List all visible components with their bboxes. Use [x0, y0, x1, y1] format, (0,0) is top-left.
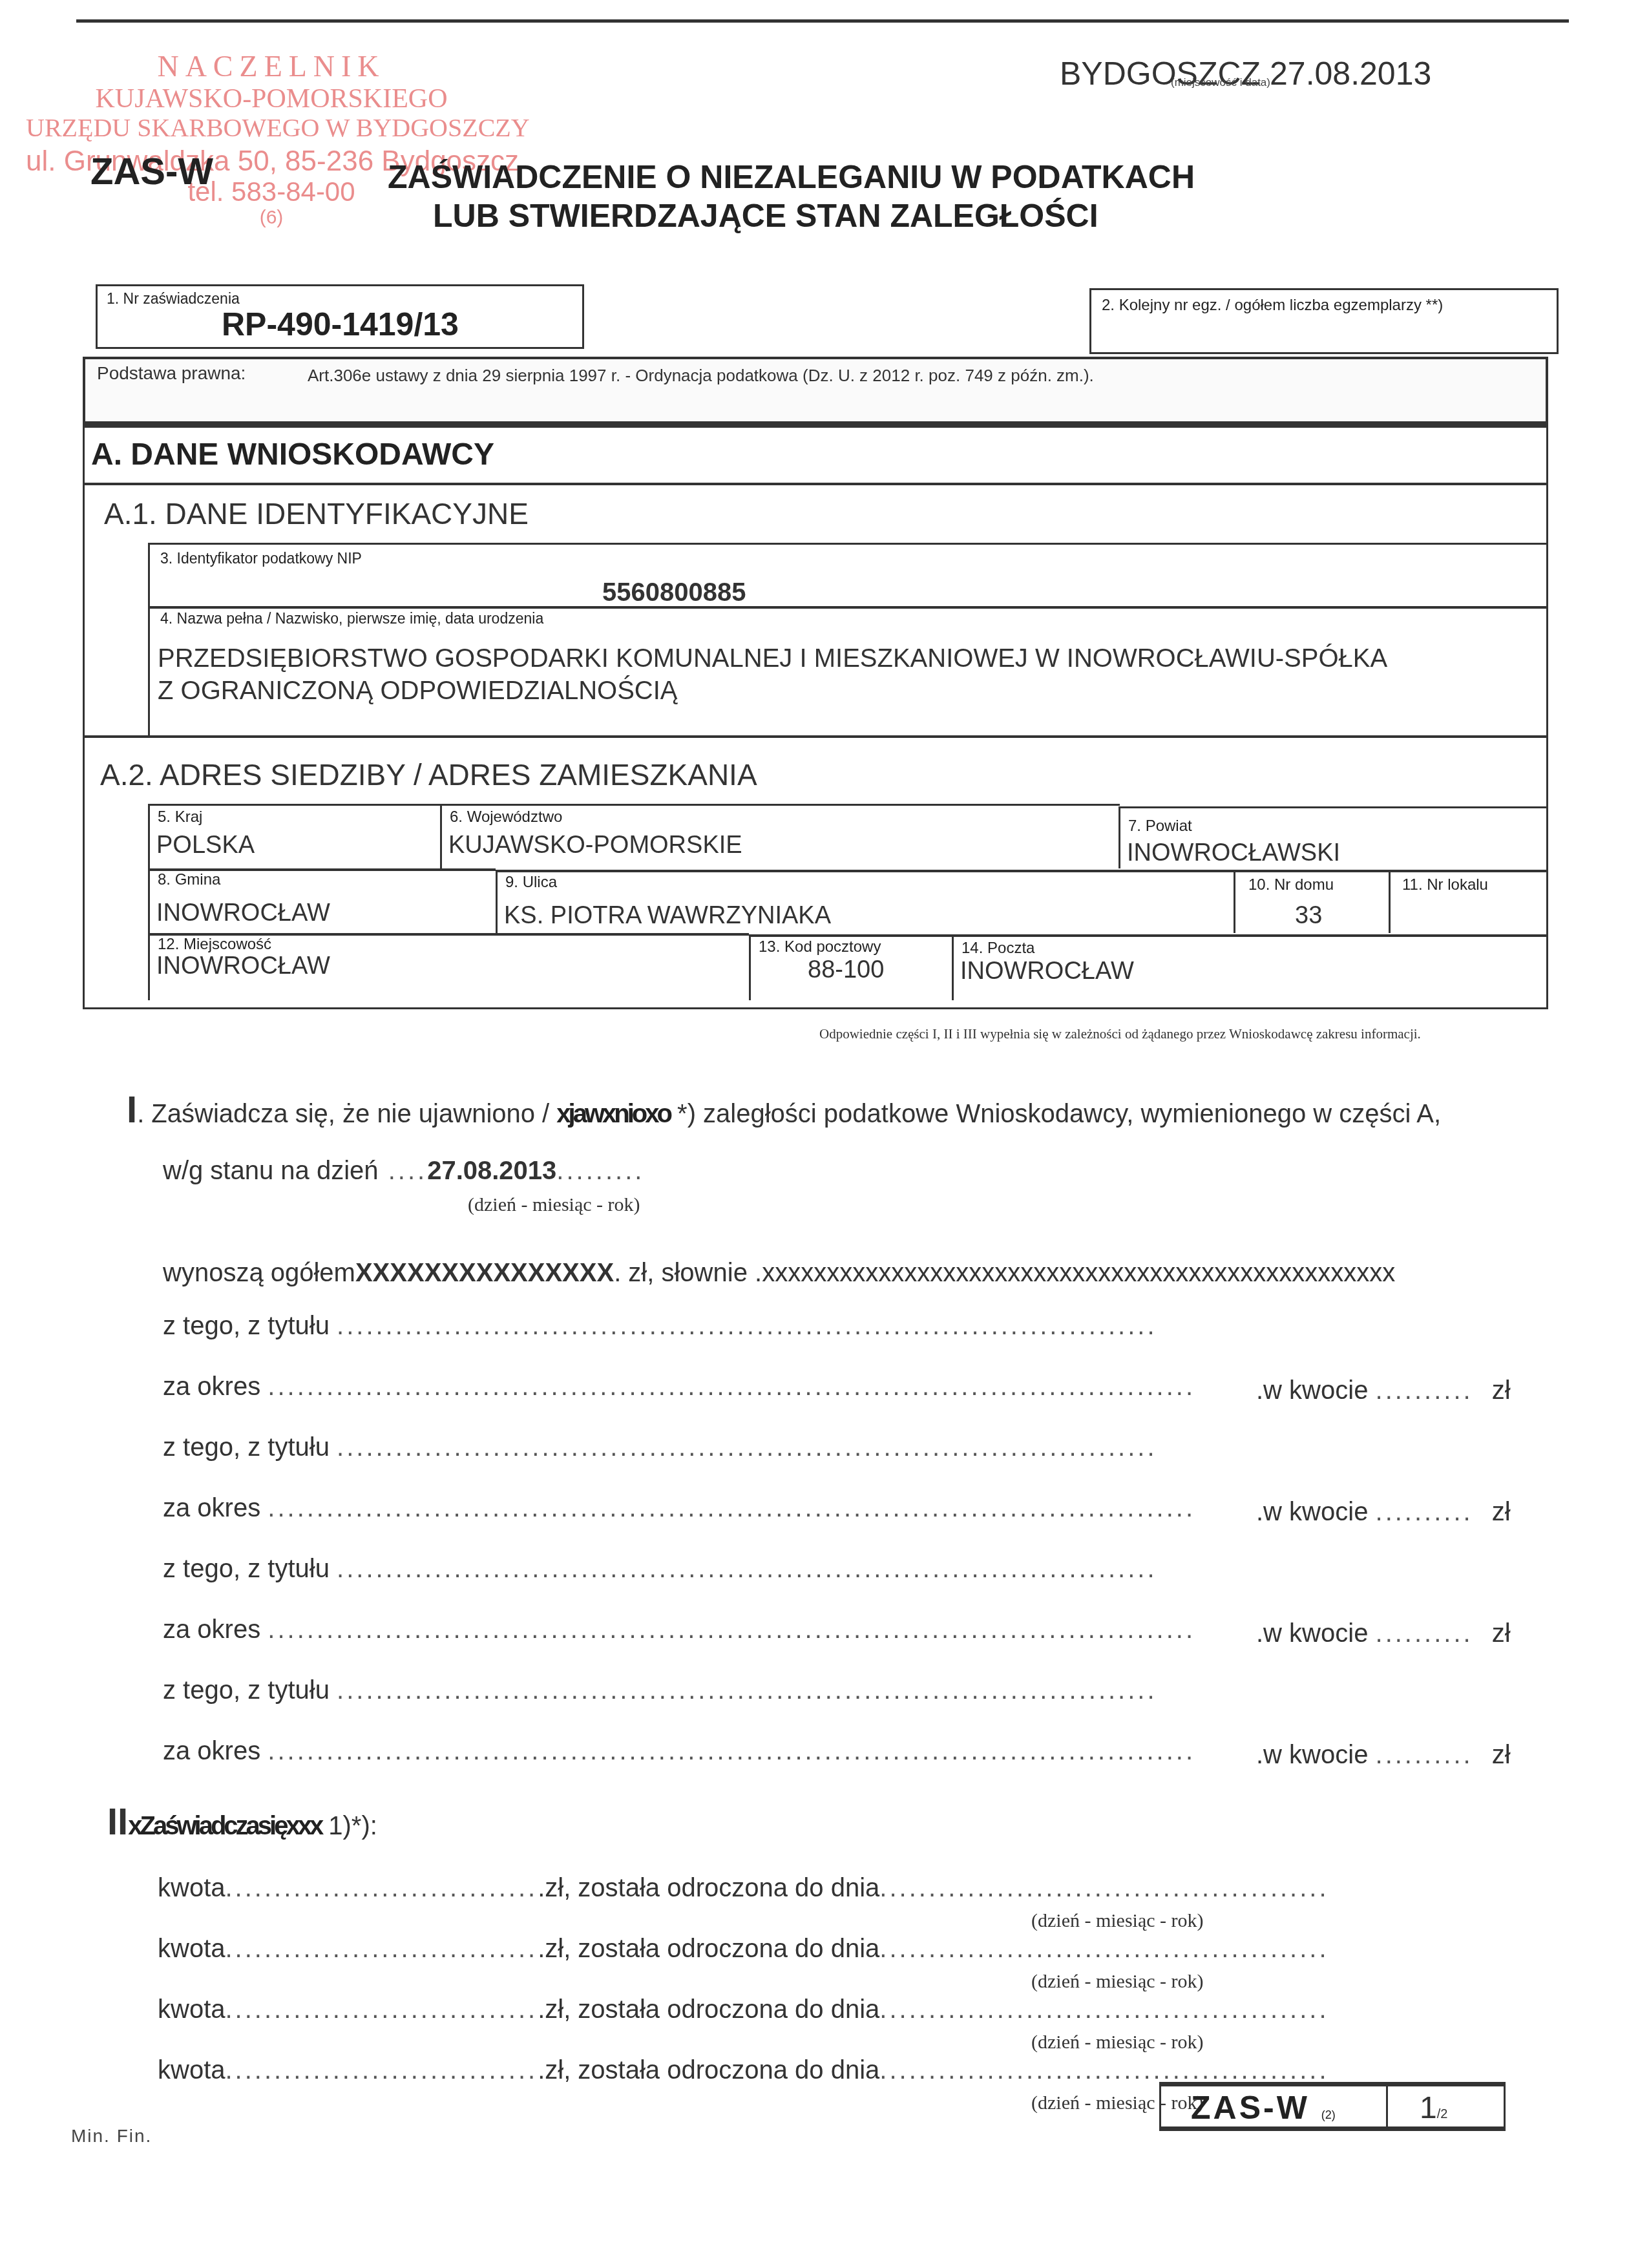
amount-input[interactable]: .......... [1376, 1619, 1473, 1648]
amount-label: .w kwocie [1256, 1376, 1368, 1405]
period-input[interactable]: ........................................… [268, 1372, 1195, 1401]
amount-line[interactable]: .w kwocie .......... zł [1256, 1619, 1511, 1648]
ministry-mark: Min. Fin. [71, 2126, 152, 2147]
divider [85, 735, 1546, 738]
form-id-box: ZAS-W (2) 1/2 [1159, 2082, 1506, 2131]
page-number: 1/2 [1420, 2090, 1447, 2126]
title-line[interactable]: z tego, z tytułu .......................… [163, 1433, 1157, 1462]
title-label: z tego, z tytułu [163, 1676, 330, 1705]
section-numeral: II [107, 1801, 128, 1843]
title-input[interactable]: ........................................… [337, 1312, 1157, 1340]
currency: zł [1492, 1376, 1511, 1405]
subsection-heading: A.2. ADRES SIEDZIBY / ADRES ZAMIESZKANIA [100, 757, 757, 792]
currency: zł [1492, 1741, 1511, 1769]
section-ii-statement: IIxZaświadczasięxxx 1)*): [107, 1800, 377, 1843]
full-name-line: PRZEDSIĘBIORSTWO GOSPODARKI KOMUNALNEJ I… [158, 644, 1387, 673]
amount-label: kwota [158, 1995, 226, 2024]
date-format-caption: (dzień - miesiąc - rok) [1031, 1910, 1204, 1932]
title-label: z tego, z tytułu [163, 1433, 330, 1462]
field-label: 11. Nr lokalu [1402, 876, 1488, 894]
amount-label: kwota [158, 1935, 226, 1963]
section-heading: A. DANE WNIOSKODAWCY [91, 437, 494, 472]
top-rule [76, 19, 1569, 23]
period-label: za okres [163, 1494, 260, 1522]
locality-field[interactable]: 12. Miejscowość INOWROCŁAW [148, 933, 749, 1000]
amount-input[interactable]: .......... [1376, 1741, 1473, 1769]
field-label: 7. Powiat [1128, 817, 1192, 835]
period-line[interactable]: za okres ...............................… [163, 1372, 1195, 1402]
footer-form-code: ZAS-W (2) [1191, 2089, 1336, 2126]
statement-text: *) zaległości podatkowe Wnioskodawcy, wy… [670, 1100, 1441, 1128]
field-value: INOWROCŁAW [960, 958, 1134, 985]
voivodeship-field[interactable]: 6. Województwo KUJAWSKO-POMORSKIE [440, 804, 1120, 868]
period-input[interactable]: ........................................… [268, 1494, 1195, 1522]
title-line[interactable]: z tego, z tytułu .......................… [163, 1555, 1157, 1584]
period-label: za okres [163, 1372, 260, 1401]
country-field[interactable]: 5. Kraj POLSKA [148, 804, 440, 868]
field-label: 10. Nr domu [1248, 876, 1334, 894]
period-line[interactable]: za okres ...............................… [163, 1737, 1195, 1766]
copy-number-field[interactable]: 2. Kolejny nr egz. / ogółem liczba egzem… [1089, 288, 1559, 354]
struck-out-text: xZaświadczasięxxx [128, 1812, 321, 1840]
amount-label: .w kwocie [1256, 1498, 1368, 1526]
subsection-heading: A.1. DANE IDENTYFIKACYJNE [104, 496, 529, 531]
stamp-line: NACZELNIK [26, 52, 517, 81]
statement-text: . Zaświadcza się, że nie ujawniono / [137, 1100, 556, 1128]
nip-value: 5560800885 [602, 578, 746, 607]
legal-basis-text: Art.306e ustawy z dnia 29 sierpnia 1997 … [308, 366, 1094, 386]
amount-line[interactable]: .w kwocie .......... zł [1256, 1741, 1511, 1770]
field-value: INOWROCŁAWSKI [1127, 839, 1340, 867]
period-label: za okres [163, 1737, 260, 1765]
title-line[interactable]: z tego, z tytułu .......................… [163, 1312, 1157, 1341]
section-numeral: I [127, 1089, 137, 1131]
title-input[interactable]: ........................................… [337, 1555, 1157, 1583]
deferred-label: .zł, została odroczona do dnia [538, 1935, 879, 1963]
certificate-number-field[interactable]: 1. Nr zaświadczenia RP-490-1419/13 [96, 284, 584, 349]
deferred-label: .zł, została odroczona do dnia [538, 2056, 879, 2084]
amount-line[interactable]: .w kwocie .......... zł [1256, 1376, 1511, 1405]
deferral-date-input[interactable]: ........................................… [879, 1935, 1329, 1963]
field-label: 12. Miejscowość [158, 936, 271, 954]
field-value: 88-100 [808, 956, 884, 984]
divider [85, 483, 1546, 485]
amount-label: .w kwocie [1256, 1741, 1368, 1769]
amount-label: kwota [158, 1874, 226, 1902]
stamp-line: KUJAWSKO-POMORSKIEGO [26, 85, 517, 112]
period-input[interactable]: ........................................… [268, 1737, 1195, 1765]
stamp-line: URZĘDU SKARBOWEGO W BYDGOSZCZY [26, 115, 517, 141]
state-as-of-label: w/g stanu na dzień [163, 1157, 379, 1185]
state-as-of-line: w/g stanu na dzień ....27.08.2013.......… [163, 1157, 644, 1186]
certificate-number: RP-490-1419/13 [222, 306, 459, 343]
full-name-line: Z OGRANICZONĄ ODPOWIEDZIALNOŚCIĄ [158, 677, 678, 706]
deferral-line[interactable]: kwota.................................zł… [158, 1935, 1329, 1964]
county-field[interactable]: 7. Powiat INOWROCŁAWSKI [1119, 806, 1548, 868]
struck-out-text: xjawxnioxo [556, 1100, 670, 1128]
amount-input[interactable]: ................................ [226, 1935, 538, 1963]
full-name-field[interactable]: 4. Nazwa pełna / Nazwisko, pierwsze imię… [148, 606, 1548, 735]
field-value: INOWROCŁAW [156, 952, 330, 980]
period-line[interactable]: za okres ...............................… [163, 1615, 1195, 1644]
title-input[interactable]: ........................................… [337, 1433, 1157, 1462]
title-line[interactable]: z tego, z tytułu .......................… [163, 1676, 1157, 1705]
deferral-line[interactable]: kwota.................................zł… [158, 1995, 1329, 2024]
state-as-of-date[interactable]: 27.08.2013 [427, 1157, 556, 1185]
title-label: z tego, z tytułu [163, 1312, 330, 1340]
statement-text: 1)*): [321, 1812, 377, 1840]
date-format-caption: (dzień - miesiąc - rok) [1031, 1971, 1204, 1993]
field-label: 13. Kod pocztowy [759, 938, 881, 956]
amount-input[interactable]: ................................ [226, 1874, 538, 1902]
amount-line[interactable]: .w kwocie .......... zł [1256, 1498, 1511, 1527]
field-value: 33 [1295, 902, 1322, 930]
currency: zł [1492, 1619, 1511, 1648]
amount-input[interactable]: ................................ [226, 1995, 538, 2024]
period-label: za okres [163, 1615, 260, 1644]
postal-code-field[interactable]: 13. Kod pocztowy 88-100 [749, 934, 952, 1000]
field-value: KUJAWSKO-POMORSKIE [448, 832, 742, 859]
deferral-date-input[interactable]: ........................................… [879, 1995, 1329, 2024]
municipality-field[interactable]: 8. Gmina INOWROCŁAW [148, 868, 496, 933]
section-note: Odpowiednie części I, II i III wypełnia … [819, 1026, 1421, 1042]
house-number-field[interactable]: 10. Nr domu 33 [1234, 870, 1389, 933]
amount-input[interactable]: .......... [1376, 1498, 1473, 1526]
place-and-date-caption: (miejscowość i data) [1171, 76, 1270, 89]
field-value: INOWROCŁAW [156, 899, 330, 927]
amount-label: .w kwocie [1256, 1619, 1368, 1648]
title-label: z tego, z tytułu [163, 1555, 330, 1583]
section-a-applicant-data: A. DANE WNIOSKODAWCY A.1. DANE IDENTYFIK… [83, 424, 1548, 1009]
field-label: 8. Gmina [158, 871, 220, 889]
deferral-line[interactable]: kwota.................................zł… [158, 2056, 1329, 2085]
form-code: ZAS-W [90, 150, 213, 193]
street-field[interactable]: 9. Ulica KS. PIOTRA WAWRZYNIAKA [496, 870, 1234, 933]
period-line[interactable]: za okres ...............................… [163, 1494, 1195, 1523]
post-office-field[interactable]: 14. Poczta INOWROCŁAW [952, 934, 1548, 1000]
deferred-label: .zł, została odroczona do dnia [538, 1995, 879, 2024]
deferred-label: .zł, została odroczona do dnia [538, 1874, 879, 1902]
currency: zł [1492, 1498, 1511, 1526]
apartment-number-field[interactable]: 11. Nr lokalu [1389, 870, 1548, 933]
legal-basis: Podstawa prawna: Art.306e ustawy z dnia … [83, 357, 1548, 424]
nip-field[interactable]: 3. Identyfikator podatkowy NIP 556080088… [148, 543, 1548, 606]
title-input[interactable]: ........................................… [337, 1676, 1157, 1705]
field-label: 2. Kolejny nr egz. / ogółem liczba egzem… [1102, 297, 1443, 315]
field-label: 1. Nr zaświadczenia [107, 290, 240, 308]
field-value: KS. PIOTRA WAWRZYNIAKA [504, 902, 831, 930]
field-label: 4. Nazwa pełna / Nazwisko, pierwsze imię… [160, 610, 543, 627]
period-input[interactable]: ........................................… [268, 1615, 1195, 1644]
field-value: POLSKA [156, 832, 255, 859]
field-label: 5. Kraj [158, 808, 202, 826]
divider [1386, 2086, 1388, 2126]
field-label: 3. Identyfikator podatkowy NIP [160, 550, 362, 567]
legal-basis-label: Podstawa prawna: [97, 363, 246, 384]
total-label: wynoszą ogółem [163, 1259, 355, 1287]
total-amount[interactable]: XXXXXXXXXXXXXXX [355, 1259, 614, 1287]
field-label: 9. Ulica [505, 874, 557, 892]
document-title: ZAŚWIADCZENIE O NIEZALEGANIU W PODATKACH [388, 158, 1195, 196]
field-label: 14. Poczta [961, 940, 1035, 958]
words-label: . zł, słownie [614, 1259, 748, 1287]
amount-in-words[interactable]: .xxxxxxxxxxxxxxxxxxxxxxxxxxxxxxxxxxxxxxx… [755, 1259, 1395, 1287]
section-i-statement: I. Zaświadcza się, że nie ujawniono / xj… [127, 1088, 1441, 1131]
total-arrears-line: wynoszą ogółemXXXXXXXXXXXXXXX. zł, słown… [163, 1259, 1395, 1288]
deferral-line[interactable]: kwota.................................zł… [158, 1874, 1329, 1903]
amount-input[interactable]: ................................ [226, 2056, 538, 2084]
date-format-caption: (dzień - miesiąc - rok) [1031, 2032, 1204, 2053]
field-label: 6. Województwo [450, 808, 562, 826]
deferral-date-input[interactable]: ........................................… [879, 2056, 1329, 2084]
amount-input[interactable]: .......... [1376, 1376, 1473, 1405]
amount-label: kwota [158, 2056, 226, 2084]
date-format-caption: (dzień - miesiąc - rok) [468, 1194, 640, 1216]
document-subtitle: LUB STWIERDZAJĄCE STAN ZALEGŁOŚCI [433, 197, 1098, 235]
deferral-date-input[interactable]: ........................................… [879, 1874, 1329, 1902]
